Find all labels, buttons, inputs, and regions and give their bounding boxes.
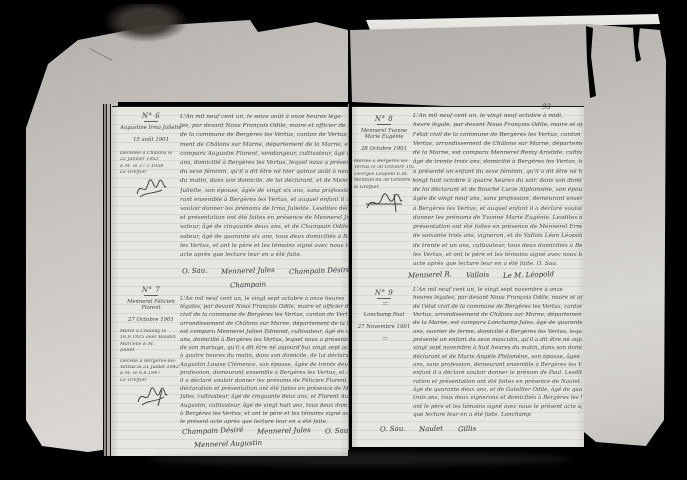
scanned-register-photo: N° 6 Augustine Irma Juliette 15 août 190… (0, 0, 687, 480)
act6-child-name: Augustine Irma Juliette (120, 125, 182, 131)
text-line: présentation ont été faites en présence … (413, 223, 582, 232)
act9-equals-mark-bottom: ＝ (354, 334, 414, 344)
text-line: ont le père et les témoins signé avec no… (413, 403, 582, 411)
text-line: trois ans, tous deux vignerons et domici… (413, 394, 582, 402)
text-line: à quatre heures du matin, dans son domic… (180, 352, 348, 360)
text-line: Champain (230, 280, 266, 289)
text-line: vingt sept novembre à huit heures du mat… (413, 344, 582, 352)
text-line: de la Marne, est comparu Lonchamp Jules,… (413, 319, 582, 327)
act8-body: L'An mil neuf cent un, le vingt neuf oct… (413, 112, 582, 269)
act9-signatures-row1: O. Sau.NauletGillis (380, 425, 476, 433)
text-line: et présentation ont été faites en présen… (180, 214, 348, 223)
act6-signatures-row1: O. Sau.Mennerel JulesChampain Désiré (182, 267, 351, 275)
text-line: âgée de vingt neuf ans, sans profession,… (413, 195, 582, 204)
text-line: ans, sans profession, demeurant ensemble… (413, 361, 582, 369)
text-line: Vertus le 30 Octobre 1920 avec (354, 165, 414, 171)
text-line: que lecture leur en a été faite. Loncham… (413, 411, 582, 419)
text-line: est comparu Mennerel Julien Edmond, cult… (180, 328, 348, 336)
text-line: vateur, âgé de cinquante deux ans, et de… (180, 223, 348, 232)
text-line: Juillet (120, 348, 182, 354)
text-line: rant ensemble à Bergères les Vertus, et … (180, 196, 348, 205)
text-line: les, par devant Nous François Odile, mai… (180, 122, 348, 131)
text-line: Champain Désiré (182, 426, 244, 436)
act9-body: L'An mil neuf cent un, le vingt sept nov… (413, 286, 582, 420)
text-line: Augustin, cultivateur, âgé de vingt huit… (180, 402, 348, 410)
text-line: vateur, âgé de quarante six ans, tous de… (180, 233, 348, 242)
act8-child-name: Mennerel Yvonne Marie Eugénie (354, 128, 414, 140)
text-line: L'An mil neuf cent un, le vingt sept nov… (413, 286, 582, 294)
text-line: Vertus, arrondissement de Châlons sur Ma… (413, 311, 582, 319)
act7-date: 27 Octobre 1901 (120, 317, 182, 323)
act7-marginal-note-marriage: Marié à Chouilly le18.9.1925 avec Baudin… (120, 329, 182, 355)
act9-child-name: Lonchamp Paul (354, 312, 414, 318)
text-line: présenté un enfant du sexe masculin, qu'… (413, 336, 582, 344)
text-line: l'état civil de la commune de Bergères l… (413, 131, 582, 140)
act9-equals-mark-top: ＝ (354, 299, 414, 309)
register-page-left: N° 6 Augustine Irma Juliette 15 août 190… (112, 106, 348, 456)
act8-date: 28 Octobre 1901 (354, 146, 414, 152)
act6-margin: N° 6 Augustine Irma Juliette 15 août 190… (120, 112, 182, 204)
text-line: de lui déclarant et de Bouché Lucie Alph… (413, 186, 582, 195)
text-line: le Greffier (354, 185, 414, 191)
act8-number-rule (377, 124, 391, 125)
text-line: arrondissement de Châlons sur Marne, dép… (180, 320, 348, 328)
text-line: ans, domicilié à Bergères les Vertus, le… (180, 336, 348, 344)
text-line: le présent acte après que lecture leur e… (180, 418, 348, 426)
act6-number-rule (144, 121, 158, 122)
text-line: 18.9.1925 avec Baudin (120, 335, 182, 341)
text-line: Champain Désiré (289, 266, 351, 276)
act6-signatures-row2: Champain (230, 281, 266, 289)
text-line: comparu Augustin Florent, vendangeur, cu… (180, 150, 348, 159)
signature-scribble-icon (364, 192, 404, 214)
text-line: a présenté un enfant du sexe féminin, qu… (413, 168, 582, 177)
text-line: du matin, dans son domicile, de lui décl… (180, 177, 348, 186)
text-line: à Bergères les Vertus, et auquel enfant … (413, 205, 582, 214)
text-line: de la commune de Bergères les Vertus, ca… (180, 131, 348, 140)
text-line: Mennerel R. (408, 270, 452, 280)
text-line: Juliette, son épouse, âgée de vingt six … (180, 187, 348, 196)
act7-number-rule (144, 295, 158, 296)
text-line: âgé de quarante deux ans, et de Gatellie… (413, 386, 582, 394)
signature-scribble-icon (134, 384, 168, 408)
text-line: légales, par devant Nous François Odile,… (180, 303, 348, 311)
text-line: vingt huit octobre à quatre heures du so… (413, 177, 582, 186)
text-line: il a déclaré vouloir donner les prénoms … (180, 377, 348, 385)
text-line: ans, ouvrier de ferme, domicilié à Bergè… (413, 328, 582, 336)
text-line: de soixante trois ans, vigneron, et de V… (413, 232, 582, 241)
text-line: O. Sau. (380, 425, 406, 434)
text-line: âgé de trente trois ans, domicilié à Ber… (413, 158, 582, 167)
book-bottom-shadow (150, 452, 570, 466)
act9-margin: N° 9 ＝ Lonchamp Paul 27 Novembre 1901 ＝ (354, 289, 414, 344)
act6-body: L'An mil neuf cent un, le seize août à o… (180, 113, 348, 260)
act7-marginal-note-death: Décédé à Bergères-les-Vertus le 31 Juill… (120, 359, 182, 385)
act8-number: N° 8 (354, 115, 414, 123)
act9-number: N° 9 (354, 289, 414, 297)
act8-signatures-row1: Mennerel R.ValloisLe M. Léopold (408, 271, 554, 279)
text-line: à Bergères les Vertus, et ont le père et… (180, 410, 348, 418)
register-page-right: 93 N° 8 Mennerel Yvonne Marie Eugénie 28… (352, 106, 584, 447)
text-line: Le M. Léopold (503, 270, 554, 280)
text-line: Le Greffier (120, 170, 182, 176)
text-line: enfant il a déclaré vouloir donner le pr… (413, 369, 582, 377)
text-line: Vertus, arrondissement de Châlons sur Ma… (413, 140, 582, 149)
text-line: les Vertus, et ont le père et les témoin… (180, 242, 348, 251)
act7-child-name: Mennerel Félicien Florent (120, 299, 182, 311)
act7-signatures-row2: Mennerel Augustin (194, 440, 262, 448)
text-line: ans, domicilié à Bergères les Vertus, le… (180, 159, 348, 168)
text-line: Augustin Louise Clémence, son épouse, âg… (180, 361, 348, 369)
text-line: L'An mil neuf cent un, le seize août à o… (180, 113, 348, 122)
text-line: déclarant et de Marie Angèle Philomène, … (413, 353, 582, 361)
text-line: acte après que lecture leur en a été fai… (180, 251, 348, 260)
text-line: de trente et un ans, cultivateur, tous d… (413, 242, 582, 251)
text-line: Mennerel Jules (221, 266, 275, 276)
signature-scribble-icon (134, 178, 168, 200)
text-line: heure légale, par devant Nous François O… (413, 121, 582, 130)
act8-marginal-note-marriage: Mariée à Bergères lesVertus le 30 Octobr… (354, 159, 414, 191)
text-line: de l'état civil de la commune de Bergère… (413, 303, 582, 311)
text-line: déclaration et présentation ont été fait… (180, 385, 348, 393)
text-line: de son mariage, qu'il a dit être né aujo… (180, 344, 348, 352)
act7-signatures-row1: Champain DésiréMennerel JulesO. Sau. (182, 427, 351, 435)
act7-margin: N° 7 Mennerel Félicien Florent 27 Octobr… (120, 286, 182, 412)
act8-margin: N° 8 Mennerel Yvonne Marie Eugénie 28 Oc… (354, 115, 414, 218)
text-line: L'An mil neuf cent un, le vingt sept oct… (180, 295, 348, 303)
act6-marginal-note: Décédée à Châlons le22 Janvier 1953E.M. … (120, 151, 182, 177)
text-line: civil de la commune de Bergères les Vert… (180, 311, 348, 319)
text-line: acte après que lecture leur en a été fai… (413, 260, 582, 269)
text-line: O. Sau. (325, 427, 351, 436)
text-line: profession, demeurant ensemble à Bergère… (180, 369, 348, 377)
text-line: ration et présentation ont été faites en… (413, 378, 582, 386)
act9-date: 27 Novembre 1901 (354, 324, 414, 330)
text-line: heures légales, par devant Nous François… (413, 294, 582, 302)
act6-date: 15 août 1901 (120, 137, 182, 143)
text-line: L'An mil neuf cent un, le vingt neuf oct… (413, 112, 582, 121)
text-line: O. Sau. (182, 267, 208, 276)
text-line: vouloir donner les prénoms de Irma Julie… (180, 205, 348, 214)
act7-body: L'An mil neuf cent un, le vingt sept oct… (180, 295, 348, 426)
text-line: Vallois (466, 271, 489, 280)
text-line: Gillis (457, 425, 475, 434)
text-line: Naulet (419, 425, 443, 434)
act6-number: N° 6 (120, 112, 182, 120)
dark-stain-top-left (104, 4, 188, 42)
text-line: donner les prénoms de Yvonne Marie Eugén… (413, 214, 582, 223)
act7-number: N° 7 (120, 286, 182, 294)
text-line: Jules, cultivateur, âgé de cinquante deu… (180, 393, 348, 401)
text-line: Mennerel Augustin (194, 439, 262, 449)
folio-number: 93 (542, 103, 551, 111)
text-line: ment de Châlons sur Marne, département d… (180, 141, 348, 150)
text-line: Mennerel Jules (257, 426, 311, 436)
text-line: mention du 30 Octobre 1920 (354, 178, 414, 184)
text-line: les Vertus, et ont le père et les témoin… (413, 251, 582, 260)
text-line: de la Marne, est comparu Mennerel Remy A… (413, 149, 582, 158)
text-line: du sexe féminin, qu'il a dit être né hie… (180, 168, 348, 177)
